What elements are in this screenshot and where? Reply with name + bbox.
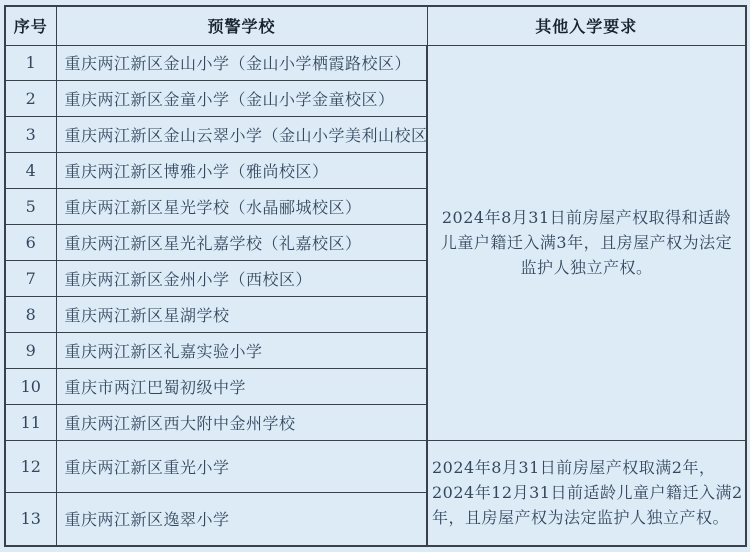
school-name-cell: 重庆两江新区金州小学（西校区）	[56, 261, 427, 297]
row-number-cell: 11	[5, 404, 56, 440]
school-name-cell: 重庆两江新区博雅小学（雅尚校区）	[56, 153, 427, 189]
header-col-requirements: 其他入学要求	[427, 6, 746, 45]
header-col-number: 序号	[5, 6, 56, 45]
school-name-cell: 重庆两江新区逸翠小学	[56, 492, 427, 546]
school-name-cell: 重庆两江新区金山云翠小学（金山小学美利山校区）	[56, 117, 427, 153]
row-number-cell: 12	[5, 440, 56, 492]
row-number-cell: 3	[5, 117, 56, 153]
header-row: 序号 预警学校 其他入学要求	[5, 6, 746, 45]
table-row: 12 重庆两江新区重光小学 2024年8月31日前房屋产权取满2年，2024年1…	[5, 440, 746, 492]
row-number-cell: 2	[5, 81, 56, 117]
row-number-cell: 9	[5, 332, 56, 368]
row-number-cell: 8	[5, 296, 56, 332]
school-name-cell: 重庆两江新区礼嘉实验小学	[56, 332, 427, 368]
school-name-cell: 重庆两江新区星湖学校	[56, 296, 427, 332]
row-number-cell: 10	[5, 368, 56, 404]
requirement-cell-group1: 2024年8月31日前房屋产权取得和适龄儿童户籍迁入满3年，且房屋产权为法定监护…	[427, 45, 746, 440]
row-number-cell: 1	[5, 45, 56, 81]
school-name-cell: 重庆两江新区星光学校（水晶郦城校区）	[56, 189, 427, 225]
row-number-cell: 5	[5, 189, 56, 225]
table-row: 1 重庆两江新区金山小学（金山小学栖霞路校区） 2024年8月31日前房屋产权取…	[5, 45, 746, 81]
school-name-cell: 重庆两江新区金山小学（金山小学栖霞路校区）	[56, 45, 427, 81]
requirement-cell-group2: 2024年8月31日前房屋产权取满2年，2024年12月31日前适龄儿童户籍迁入…	[427, 440, 746, 546]
row-number-cell: 4	[5, 153, 56, 189]
row-number-cell: 7	[5, 261, 56, 297]
warning-schools-table: 序号 预警学校 其他入学要求 1 重庆两江新区金山小学（金山小学栖霞路校区） 2…	[4, 5, 747, 547]
school-name-cell: 重庆两江新区金童小学（金山小学金童校区）	[56, 81, 427, 117]
school-name-cell: 重庆两江新区星光礼嘉学校（礼嘉校区）	[56, 225, 427, 261]
school-name-cell: 重庆两江新区重光小学	[56, 440, 427, 492]
row-number-cell: 13	[5, 492, 56, 546]
school-name-cell: 重庆两江新区西大附中金州学校	[56, 404, 427, 440]
school-name-cell: 重庆市两江巴蜀初级中学	[56, 368, 427, 404]
row-number-cell: 6	[5, 225, 56, 261]
header-col-school: 预警学校	[56, 6, 427, 45]
